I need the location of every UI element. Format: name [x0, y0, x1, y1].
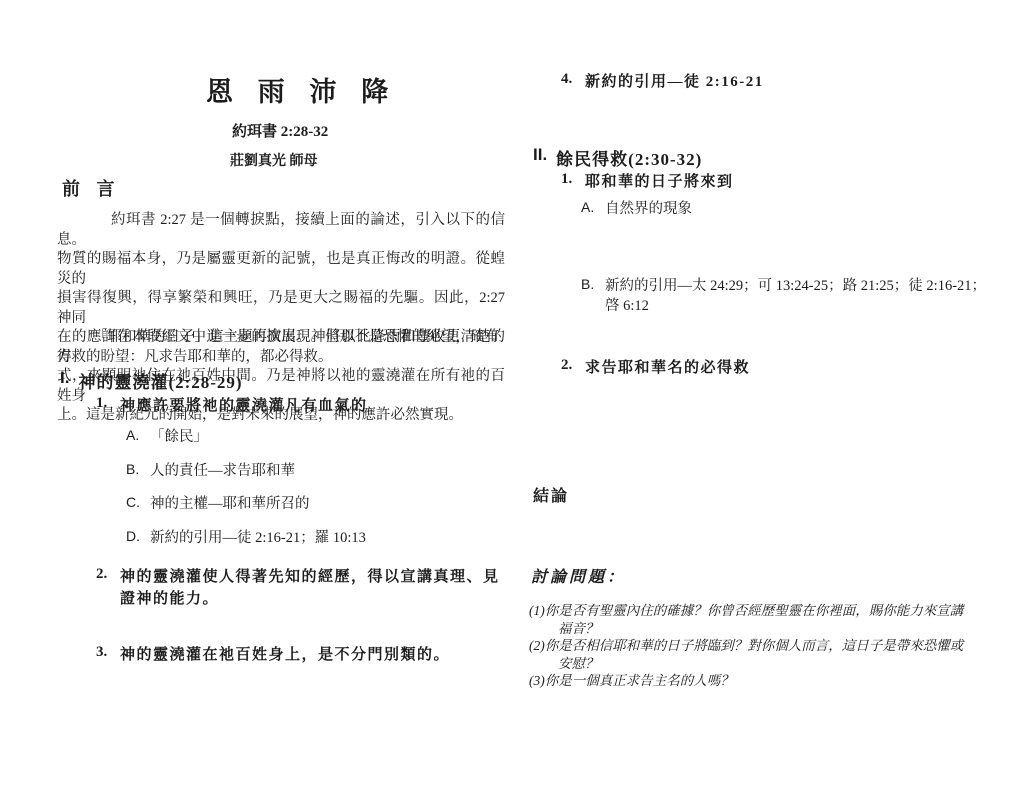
point-number: 1.	[96, 395, 120, 412]
point-text: 神的靈澆灌在祂百姓身上，是不分門別類的。	[120, 644, 450, 666]
section-2-number: II.	[533, 145, 547, 165]
section-2-heading: II. 餘民得救(2:30-32)	[533, 145, 702, 170]
discussion-questions-heading: 討論問題：	[531, 564, 626, 587]
section-1-title: 神的靈澆灌(2:28-29)	[78, 368, 242, 393]
point-number: 3.	[96, 644, 120, 661]
outline-subpoint-ii-1-a: A. 自然界的現象	[581, 199, 692, 219]
discussion-questions-list: (1)你是否有聖靈內住的確據？你曾否經歷聖靈在你裡面，賜你能力來宣講 福音？ (…	[529, 602, 1009, 690]
section-1-heading: I. 神的靈澆灌(2:28-29)	[60, 368, 243, 393]
subpoint-letter: A.	[581, 199, 605, 215]
point-text: 新約的引用—徒 2:16-21	[585, 71, 764, 93]
discussion-question-1: (1)你是否有聖靈內住的確據？你曾否經歷聖靈在你裡面，賜你能力來宣講 福音？	[529, 602, 1009, 637]
outline-point-ii-2: 2. 求告耶和華名的必得救	[561, 357, 750, 379]
document-title: 恩 雨 沛 降	[206, 70, 397, 109]
subpoint-letter: C.	[126, 494, 150, 510]
outline-point-i-3: 3. 神的靈澆灌在祂百姓身上，是不分門別類的。	[96, 644, 450, 666]
conclusion-heading: 結論	[533, 483, 569, 506]
point-number: 4.	[561, 71, 585, 88]
subpoint-letter: A.	[126, 427, 150, 443]
point-text: 耶和華的日子將來到	[585, 171, 734, 193]
point-number: 1.	[561, 171, 585, 188]
outline-subpoint-i-1-d: D. 新約的引用—徒 2:16-21；羅 10:13	[126, 528, 366, 548]
document-page: 恩 雨 沛 降 約珥書 2:28-32 莊劉真光 師母 前 言 約珥書 2:27…	[0, 0, 1024, 791]
outline-point-i-4: 4. 新約的引用—徒 2:16-21	[561, 71, 764, 93]
subpoint-text: 新約的引用—徒 2:16-21；羅 10:13	[150, 528, 366, 548]
outline-subpoint-i-1-b: B. 人的責任—求告耶和華	[126, 461, 295, 481]
subpoint-text: 「餘民」	[150, 427, 208, 447]
point-text: 神的靈澆灌使人得著先知的經歷，得以宣講真理、見 證神的能力。	[120, 566, 500, 610]
section-2-title: 餘民得救(2:30-32)	[556, 145, 702, 170]
preface-paragraph-1: 約珥書 2:27 是一個轉捩點，接續上面的論述，引入以下的信息。 物質的賜福本身…	[57, 211, 505, 426]
outline-subpoint-i-1-c: C. 神的主權—耶和華所召的	[126, 494, 310, 514]
subpoint-text: 新約的引用—太 24:29；可 13:24-25；路 21:25；徒 2:16-…	[605, 276, 997, 316]
point-number: 2.	[561, 357, 585, 374]
author-name: 莊劉真光 師母	[230, 150, 318, 170]
subpoint-text: 神的主權—耶和華所召的	[150, 494, 310, 514]
subpoint-text: 人的責任—求告耶和華	[150, 461, 295, 481]
section-1-number: I.	[60, 368, 69, 388]
subpoint-letter: D.	[126, 528, 150, 544]
scripture-reference: 約珥書 2:28-32	[232, 120, 328, 141]
discussion-question-3: (3)你是一個真正求告主名的人嗎？	[529, 672, 1009, 690]
point-number: 2.	[96, 566, 120, 583]
outline-point-i-1: 1. 神應許要將祂的靈澆灌凡有血氣的	[96, 395, 368, 417]
subpoint-letter: B.	[126, 461, 150, 477]
outline-subpoint-i-1-a: A. 「餘民」	[126, 427, 208, 447]
outline-subpoint-ii-1-b: B. 新約的引用—太 24:29；可 13:24-25；路 21:25；徒 2:…	[581, 276, 997, 316]
subpoint-text: 自然界的現象	[605, 199, 692, 219]
outline-point-ii-1: 1. 耶和華的日子將來到	[561, 171, 734, 193]
discussion-question-2: (2)你是否相信耶和華的日子將臨到？對你個人而言，這日子是帶來恐懼或 安慰？	[529, 637, 1009, 672]
outline-point-i-2: 2. 神的靈澆灌使人得著先知的經歷，得以宣講真理、見 證神的能力。	[96, 566, 500, 610]
point-text: 神應許要將祂的靈澆灌凡有血氣的	[120, 395, 368, 417]
preface-heading: 前 言	[62, 175, 121, 201]
point-text: 求告耶和華名的必得救	[585, 357, 750, 379]
subpoint-letter: B.	[581, 276, 605, 292]
preface-paragraph-2: 「耶和華的日子」這主題再次出現。但那不是恐懼的絕望，確有 得救的盼望：凡求告耶和…	[57, 328, 505, 367]
